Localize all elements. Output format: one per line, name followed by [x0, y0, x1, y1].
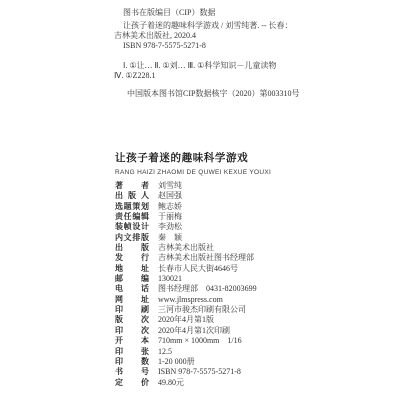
- row-publisher: 出版吉林美术出版社: [115, 243, 365, 253]
- field-label: 印数: [115, 357, 149, 367]
- field-label: 书号: [115, 367, 149, 377]
- field-label: 定价: [115, 378, 149, 388]
- field-label: 版次: [115, 315, 149, 325]
- cip-title-line2: 吉林美术出版社, 2020.4: [114, 31, 310, 41]
- field-value: 鲍志娇: [158, 202, 182, 212]
- cip-title-line1: 让孩子着迷的趣味科学游戏 / 刘雪纯著. -- 长春：: [114, 21, 310, 31]
- field-label: 印张: [115, 347, 149, 357]
- field-label: 网址: [115, 295, 149, 305]
- row-editor: 责任编辑于丽梅: [115, 212, 365, 222]
- field-value: ISBN 978-7-5575-5271-8: [158, 367, 241, 377]
- field-value: 长春市人民大街4646号: [158, 264, 238, 274]
- field-value: 三河市骏杰印刷有限公司: [158, 305, 246, 315]
- field-label: 开本: [115, 336, 149, 346]
- row-printer: 印刷三河市骏杰印刷有限公司: [115, 305, 365, 315]
- row-website: 网址www.jlmspress.com: [115, 295, 365, 305]
- field-value: 2020年4月第1版: [158, 315, 214, 325]
- row-format: 开本710mm × 1000mm 1/16: [115, 336, 365, 346]
- field-value: 12.5: [158, 347, 172, 357]
- field-label: 内文排版: [115, 233, 149, 243]
- row-edition: 版次2020年4月第1版: [115, 315, 365, 325]
- row-postcode: 邮编130021: [115, 274, 365, 284]
- cip-isbn-line: ISBN 978-7-5575-5271-8: [114, 41, 310, 51]
- field-label: 著者: [115, 181, 149, 191]
- field-label: 印次: [115, 326, 149, 336]
- book-title-pinyin: RANG HAIZI ZHAOMI DE QUWEI KEXUE YOUXI: [115, 169, 355, 176]
- row-printing: 印次2020年4月第1次印刷: [115, 326, 365, 336]
- field-value: 吉林美术出版社: [158, 243, 214, 253]
- row-author: 著者刘雪纯: [115, 181, 365, 191]
- cip-class-line2: Ⅳ. ①Z228.1: [114, 71, 310, 81]
- field-value: 710mm × 1000mm 1/16: [158, 336, 242, 346]
- row-isbn: 书号ISBN 978-7-5575-5271-8: [115, 367, 365, 377]
- cip-class-line1: Ⅰ. ①让… Ⅱ. ①刘… Ⅲ. ①科学知识－儿童读物: [114, 61, 310, 71]
- field-value: 1-20 000册: [158, 357, 195, 367]
- field-label: 出版: [115, 243, 149, 253]
- row-address: 地址长春市人民大街4646号: [115, 264, 365, 274]
- field-value: 李劲松: [158, 222, 182, 232]
- field-value: 图书经理部 0431-82003699: [158, 284, 257, 294]
- field-value: 吉林美术出版社图书经理部: [158, 253, 254, 263]
- field-label: 地址: [115, 264, 149, 274]
- field-value: 2020年4月第1次印刷: [158, 326, 230, 336]
- row-distributor: 发行吉林美术出版社图书经理部: [115, 253, 365, 263]
- field-label: 出版人: [115, 191, 149, 201]
- field-label: 邮编: [115, 274, 149, 284]
- row-topic-planner: 选题策划鲍志娇: [115, 202, 365, 212]
- book-title: 让孩子着迷的趣味科学游戏: [115, 150, 355, 165]
- title-block: 让孩子着迷的趣味科学游戏 RANG HAIZI ZHAOMI DE QUWEI …: [115, 150, 355, 176]
- row-cover-design: 装帧设计李劲松: [115, 222, 365, 232]
- field-value: 赵国强: [158, 191, 182, 201]
- field-label: 发行: [115, 253, 149, 263]
- field-value: 49.80元: [158, 378, 184, 388]
- row-price: 定价49.80元: [115, 378, 365, 388]
- field-label: 电话: [115, 284, 149, 294]
- field-label: 装帧设计: [115, 222, 149, 232]
- cip-record-line: 中国版本图书馆CIP数据核字（2020）第003310号: [114, 89, 310, 99]
- row-phone: 电话图书经理部 0431-82003699: [115, 284, 365, 294]
- field-label: 选题策划: [115, 202, 149, 212]
- field-value: 于丽梅: [158, 212, 182, 222]
- row-print-run: 印数1-20 000册: [115, 357, 365, 367]
- field-label: 责任编辑: [115, 212, 149, 222]
- field-value: 刘雪纯: [158, 181, 182, 191]
- row-sheets: 印张12.5: [115, 347, 365, 357]
- field-value: 秦 颖: [158, 233, 182, 243]
- field-label: 印刷: [115, 305, 149, 315]
- row-publisher-person: 出版人赵国强: [115, 191, 365, 201]
- field-value: www.jlmspress.com: [158, 295, 223, 305]
- field-value: 130021: [158, 274, 182, 284]
- cip-block: 图书在版编目（CIP）数据 让孩子着迷的趣味科学游戏 / 刘雪纯著. -- 长春…: [114, 8, 310, 99]
- cip-header: 图书在版编目（CIP）数据: [114, 8, 310, 18]
- row-typesetting: 内文排版秦 颖: [115, 233, 365, 243]
- colophon-page: 图书在版编目（CIP）数据 让孩子着迷的趣味科学游戏 / 刘雪纯著. -- 长春…: [0, 0, 400, 400]
- publication-details: 著者刘雪纯 出版人赵国强 选题策划鲍志娇 责任编辑于丽梅 装帧设计李劲松 内文排…: [115, 181, 365, 388]
